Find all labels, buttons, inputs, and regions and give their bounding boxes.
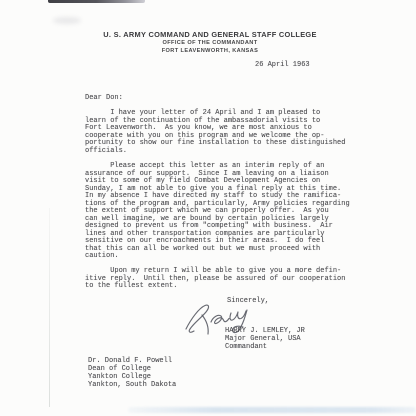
scan-smudge: [53, 17, 81, 24]
recipient-role: Dean of College: [88, 365, 176, 373]
letterhead-title: U. S. ARMY COMMAND AND GENERAL STAFF COL…: [4, 30, 416, 39]
paragraph-1: I have your letter of 24 April and I am …: [85, 110, 345, 155]
signee-name: HARRY J. LEMLEY, JR: [225, 327, 305, 335]
paragraph-3: Upon my return I will be able to give yo…: [85, 268, 345, 291]
letterhead-office: OFFICE OF THE COMMANDANT: [4, 40, 416, 47]
signee-rank: Major General, USA: [225, 335, 305, 343]
paragraph-2: Please accept this letter as an interim …: [85, 163, 350, 261]
letterhead: U. S. ARMY COMMAND AND GENERAL STAFF COL…: [4, 30, 416, 55]
letterhead-location: FORT LEAVENWORTH, KANSAS: [4, 48, 416, 55]
signee-title: Commandant: [225, 343, 305, 351]
scan-artifact-bottom-streak: [128, 407, 416, 413]
letter-page: U. S. ARMY COMMAND AND GENERAL STAFF COL…: [0, 0, 416, 416]
paper-crease-line: [49, 208, 50, 407]
recipient-city: Yankton, South Dakota: [88, 381, 176, 389]
signature-block: HARRY J. LEMLEY, JR Major General, USA C…: [225, 327, 305, 351]
recipient-address: Dr. Donald F. Powell Dean of College Yan…: [88, 357, 176, 389]
scan-artifact-top-bar: [48, 0, 145, 3]
salutation: Dear Don:: [85, 95, 123, 103]
recipient-name: Dr. Donald F. Powell: [88, 357, 176, 365]
recipient-institution: Yankton College: [88, 373, 176, 381]
letter-date: 26 April 1963: [255, 62, 310, 70]
